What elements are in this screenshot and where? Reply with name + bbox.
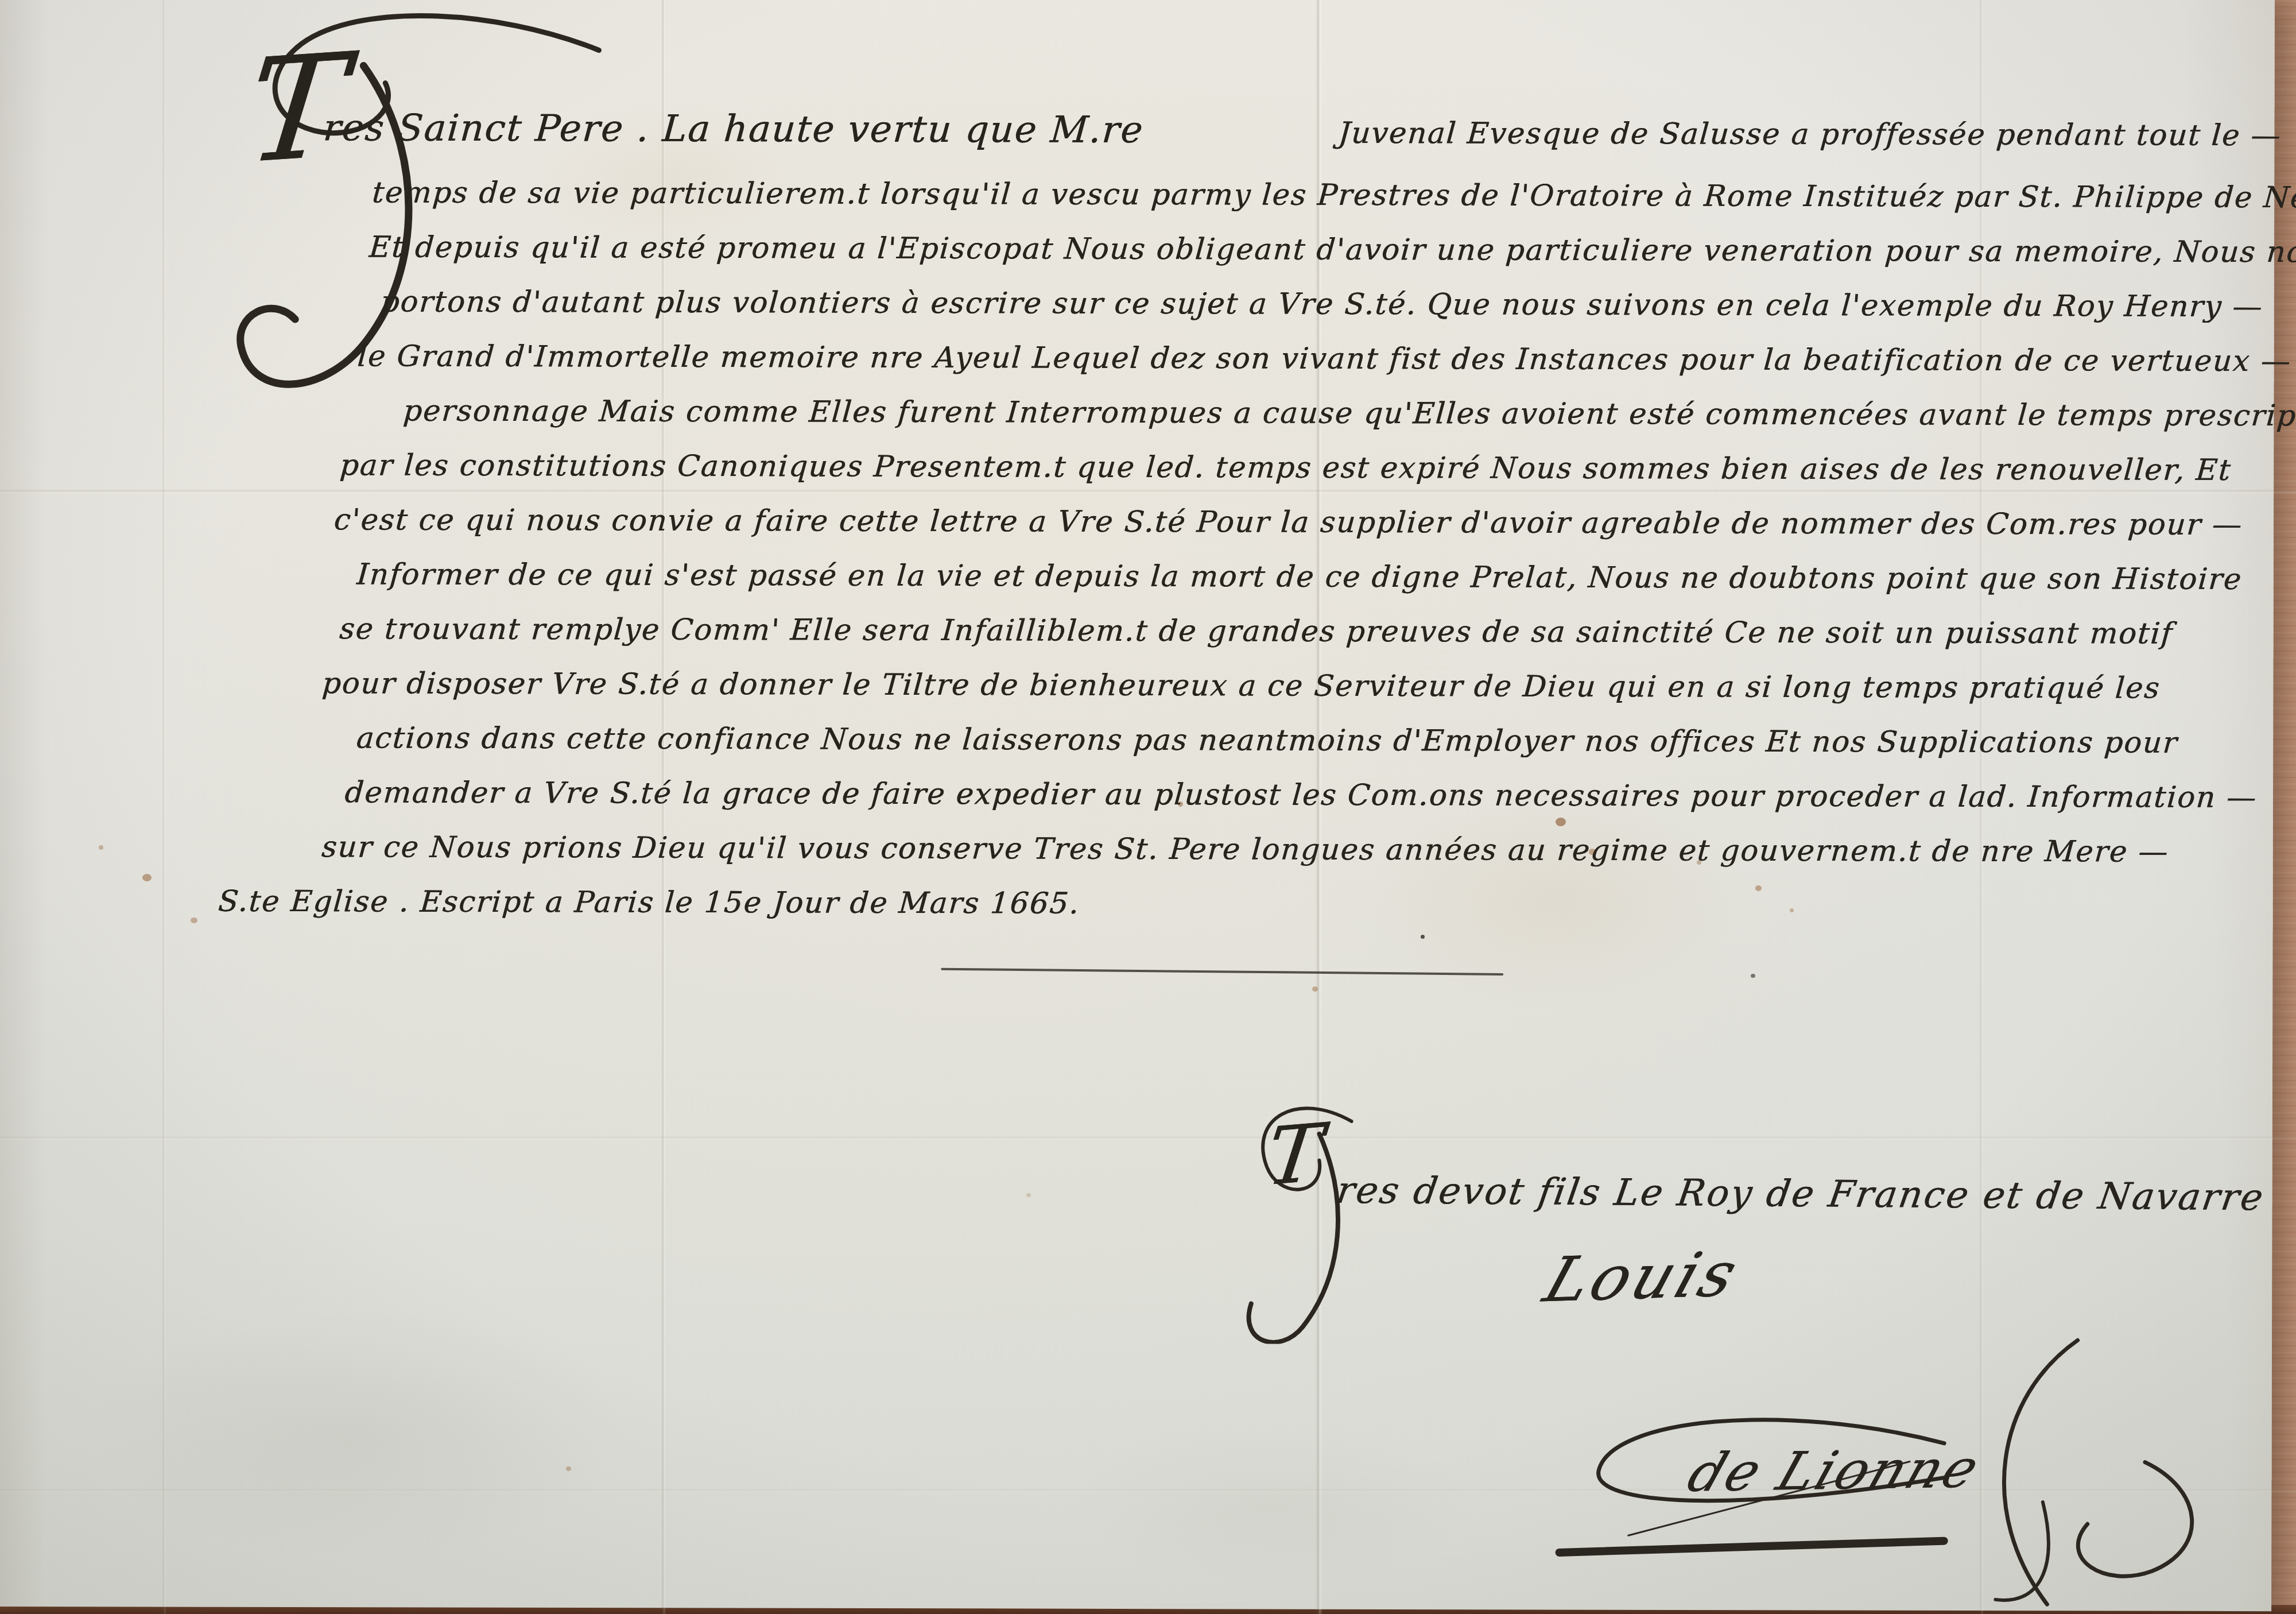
royal-signature: Louis [1535,1238,1749,1316]
manuscript-line: sur ce Nous prions Dieu qu'il vous conse… [320,830,2170,881]
manuscript-line: c'est ce qui nous convie a faire cette l… [332,503,2244,554]
manuscript-line: se trouvant remplye Comm' Elle sera Infa… [338,612,2174,663]
manuscript-line: pour disposer Vre S.té a donner le Tiltr… [320,667,2162,717]
manuscript-line: Et depuis qu'il a esté promeu a l'Episco… [367,230,2296,281]
honorific-gap [1143,142,1338,143]
manuscript-line: personnage Mais comme Elles furent Inter… [401,394,2296,446]
letter-text: T res Sainct Pere . La haute vertu que M… [0,0,2296,1614]
manuscript-line: par les constitutions Canoniques Present… [338,448,2233,500]
date-underline-flourish [941,968,1503,976]
manuscript-photo: T res Sainct Pere . La haute vertu que M… [0,0,2296,1614]
date-line: S.te Eglise . Escript a Paris le 15e Jou… [216,885,1081,933]
manuscript-line: res Sainct Pere . La haute vertu que M.r… [321,107,2276,158]
secretary-signature: de Lionne [1680,1438,1989,1504]
line1-continuation: Juvenal Evesque de Salusse a proffessée … [1337,117,2283,153]
manuscript-line: le Grand d'Immortelle memoire nre Ayeul … [355,339,2293,390]
manuscript-line: actions dans cette confiance Nous ne lai… [354,721,2179,772]
manuscript-line: Informer de ce qui s'est passé en la vie… [355,558,2243,609]
manuscript-line: portons d'autant plus volontiers à escri… [378,285,2264,336]
valediction-line: res devot fils Le Roy de France et de Na… [1333,1170,2267,1223]
manuscript-line: demander a Vre S.té la grace de faire ex… [343,776,2258,827]
manuscript-line: temps de sa vie particulierem.t lorsqu'i… [370,176,2296,227]
salutation-text: res Sainct Pere . La haute vertu que M.r… [322,107,1145,152]
